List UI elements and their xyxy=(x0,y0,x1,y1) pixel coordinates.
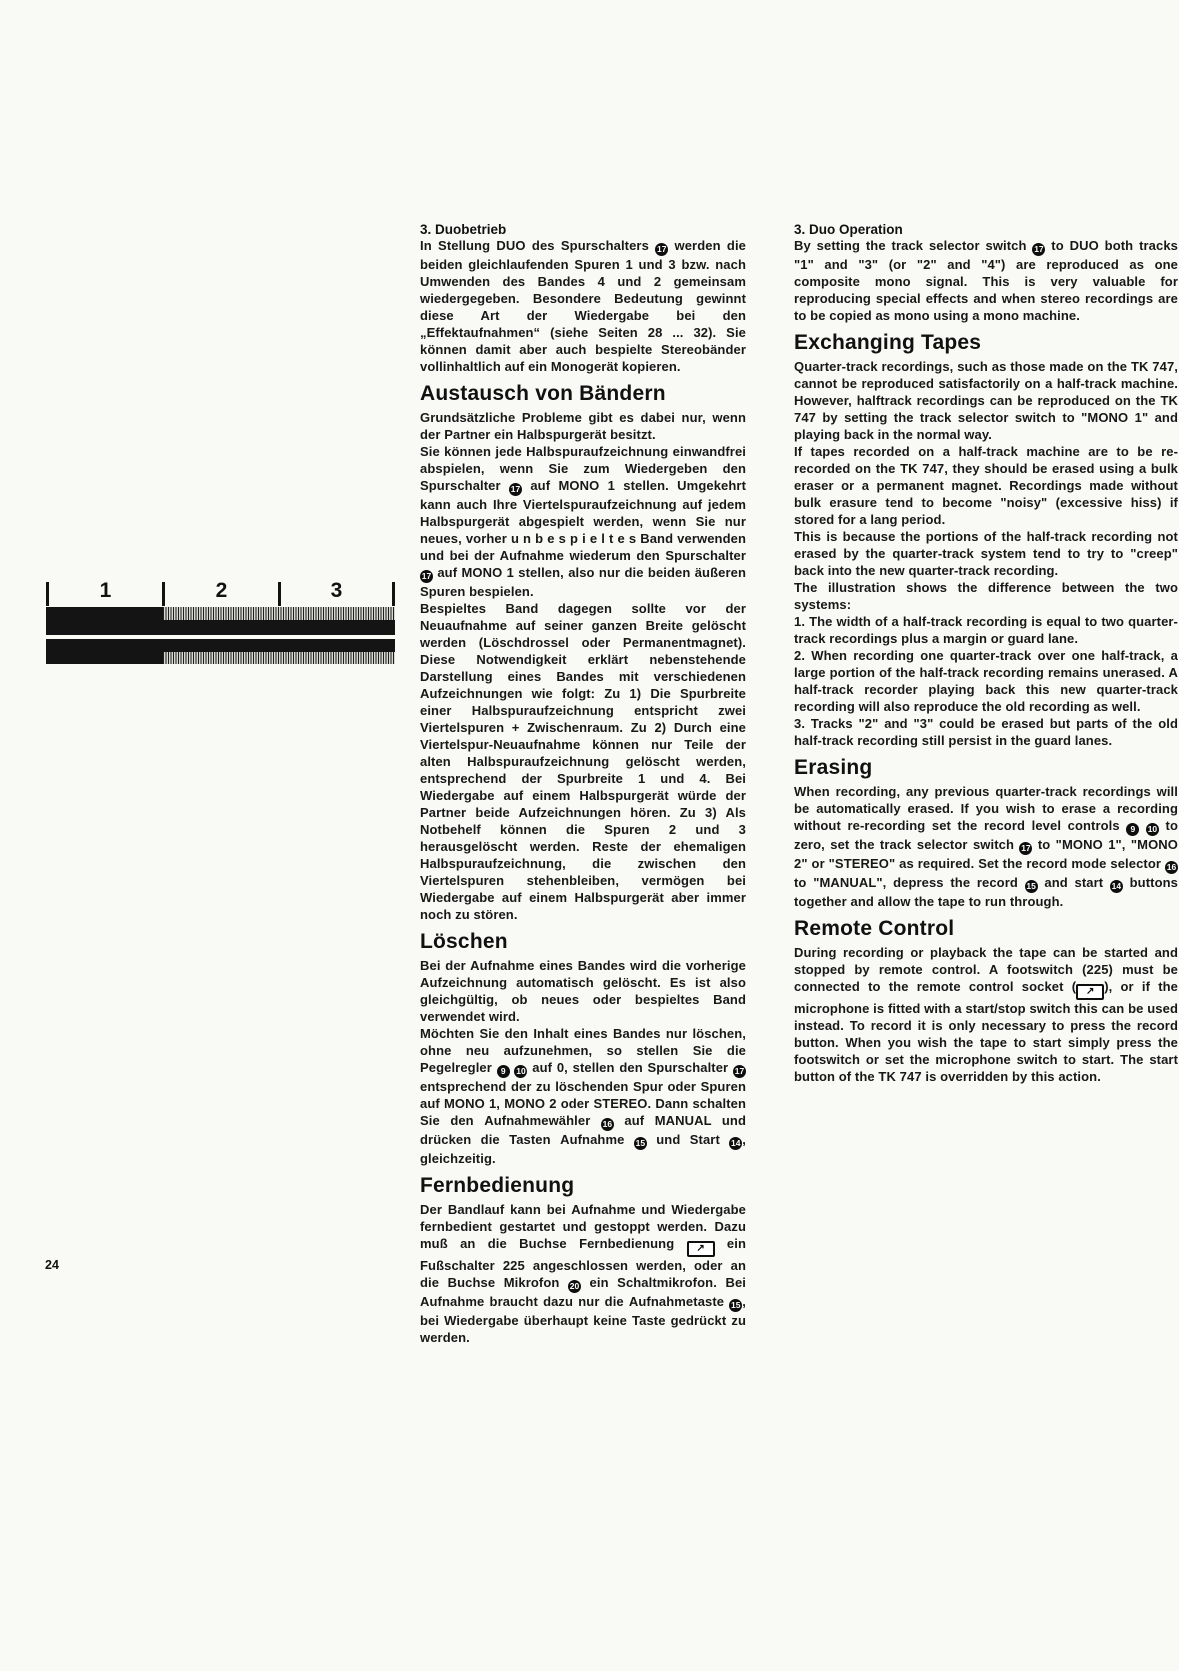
german-section-heading: Löschen xyxy=(420,930,746,954)
german-paragraph-3-0: Der Bandlauf kann bei Aufnahme und Wiede… xyxy=(420,1201,746,1346)
english-paragraph-1-3: The illustration shows the difference be… xyxy=(794,579,1178,613)
german-paragraph-1-1: Sie können jede Halbspuraufzeichnung ein… xyxy=(420,443,746,600)
half-track-recording-area xyxy=(46,607,163,635)
circled-ref-17-icon: 17 xyxy=(1032,243,1045,256)
circled-ref-15-icon: 15 xyxy=(729,1299,742,1312)
circled-ref-16-icon: 16 xyxy=(601,1118,614,1131)
german-paragraph-1-0: Grundsätzliche Probleme gibt es dabei nu… xyxy=(420,409,746,443)
circled-ref-17-icon: 17 xyxy=(655,243,668,256)
scale-tick xyxy=(392,582,395,606)
circled-ref-15-icon: 15 xyxy=(634,1137,647,1150)
tape-band-bottom xyxy=(46,639,395,664)
page-number: 24 xyxy=(45,1258,59,1272)
german-section-heading: 3. Duobetrieb xyxy=(420,222,746,237)
circled-ref-16-icon: 16 xyxy=(1165,861,1178,874)
remote-socket-icon: ↗ xyxy=(687,1241,715,1257)
circled-ref-10-icon: 10 xyxy=(514,1065,527,1078)
circled-ref-14-icon: 14 xyxy=(1110,880,1123,893)
english-paragraph-1-5: 2. When recording one quarter-track over… xyxy=(794,647,1178,715)
circled-ref-14-icon: 14 xyxy=(729,1137,742,1150)
tape-band-top xyxy=(46,607,395,635)
english-paragraph-0-0: By setting the track selector switch 17 … xyxy=(794,237,1178,324)
german-section-heading: Austausch von Bändern xyxy=(420,382,746,406)
old-recording-remainder xyxy=(163,639,395,652)
english-paragraph-3-0: During recording or playback the tape ca… xyxy=(794,944,1178,1085)
half-track-recording-area xyxy=(46,639,163,664)
german-paragraph-1-2: Bespieltes Band dagegen sollte vor der N… xyxy=(420,600,746,923)
scale-label-3: 3 xyxy=(281,579,392,603)
circled-ref-20-icon: 20 xyxy=(568,1280,581,1293)
english-section-heading: 3. Duo Operation xyxy=(794,222,1178,237)
quarter-track-recording-hatch xyxy=(163,607,395,620)
english-paragraph-2-0: When recording, any previous quarter-tra… xyxy=(794,783,1178,910)
german-column: 3. DuobetriebIn Stellung DUO des Spursch… xyxy=(420,222,746,1346)
english-column: 3. Duo OperationBy setting the track sel… xyxy=(794,222,1178,1085)
circled-ref-17-icon: 17 xyxy=(509,483,522,496)
german-paragraph-2-0: Bei der Aufnahme eines Bandes wird die v… xyxy=(420,957,746,1025)
quarter-track-recording-hatch xyxy=(163,652,395,664)
circled-ref-10-icon: 10 xyxy=(1146,823,1159,836)
remote-socket-icon: ↗ xyxy=(1076,984,1104,1000)
english-paragraph-1-1: If tapes recorded on a half-track machin… xyxy=(794,443,1178,528)
old-recording-remainder xyxy=(163,620,395,635)
english-paragraph-1-0: Quarter-track recordings, such as those … xyxy=(794,358,1178,443)
circled-ref-9-icon: 9 xyxy=(1126,823,1139,836)
english-section-heading: Erasing xyxy=(794,756,1178,780)
german-paragraph-2-1: Möchten Sie den Inhalt eines Bandes nur … xyxy=(420,1025,746,1167)
circled-ref-9-icon: 9 xyxy=(497,1065,510,1078)
english-section-heading: Exchanging Tapes xyxy=(794,331,1178,355)
english-paragraph-1-2: This is because the portions of the half… xyxy=(794,528,1178,579)
tape-track-diagram: 1 2 3 xyxy=(46,546,395,666)
scale-label-1: 1 xyxy=(49,579,162,603)
circled-ref-17-icon: 17 xyxy=(420,570,433,583)
circled-ref-17-icon: 17 xyxy=(1019,842,1032,855)
german-section-heading: Fernbedienung xyxy=(420,1174,746,1198)
english-paragraph-1-6: 3. Tracks "2" and "3" could be erased bu… xyxy=(794,715,1178,749)
english-paragraph-1-4: 1. The width of a half-track recording i… xyxy=(794,613,1178,647)
manual-page: 1 2 3 3. DuobetriebIn Stellung DUO des S… xyxy=(0,0,1179,1671)
circled-ref-15-icon: 15 xyxy=(1025,880,1038,893)
german-paragraph-0-0: In Stellung DUO des Spurschalters 17 wer… xyxy=(420,237,746,375)
english-section-heading: Remote Control xyxy=(794,917,1178,941)
scale-label-2: 2 xyxy=(165,579,278,603)
circled-ref-17-icon: 17 xyxy=(733,1065,746,1078)
